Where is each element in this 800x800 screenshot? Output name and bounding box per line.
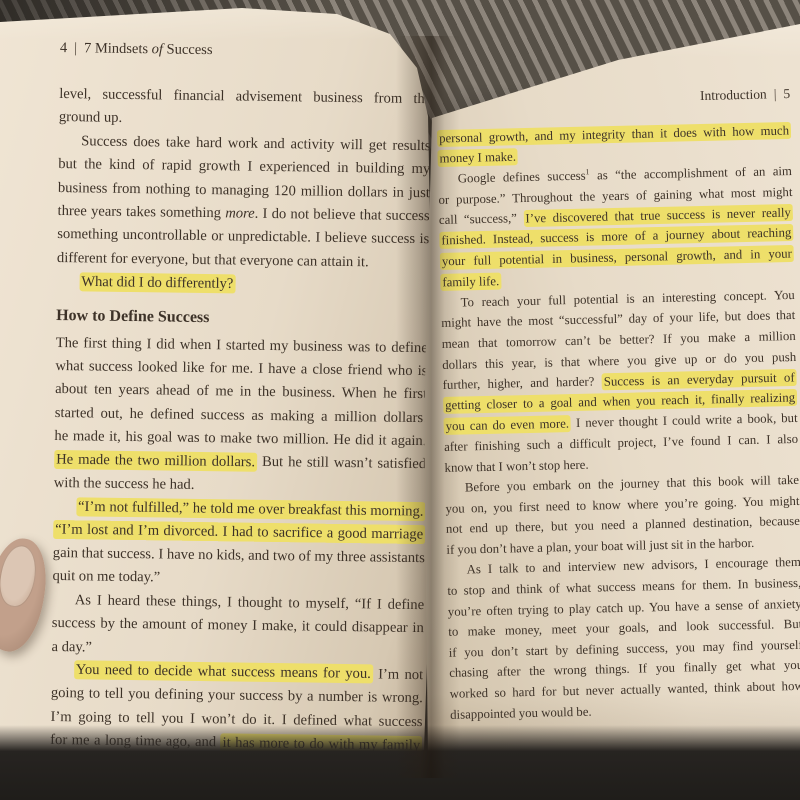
highlighted-text: you can do even more. xyxy=(443,415,571,435)
highlighted-text: You need to decide what success means fo… xyxy=(74,661,373,684)
left-page-body: level, successful financial advisement b… xyxy=(50,83,431,758)
header-divider: | xyxy=(774,86,777,101)
left-page-header: 4|7 Mindsets of Success xyxy=(60,40,432,62)
right-page: Introduction|5 personal growth, and my i… xyxy=(418,18,800,786)
carpet-bottom-edge xyxy=(0,725,800,800)
highlighted-text: “I’m not fulfilled,” he told me over bre… xyxy=(76,497,426,521)
right-page-text: Introduction|5 personal growth, and my i… xyxy=(436,86,800,725)
left-page-text: 4|7 Mindsets of Success level, successfu… xyxy=(50,40,432,758)
highlighted-text: family life. xyxy=(440,272,501,290)
highlighted-text: Success is an everyday pursuit of xyxy=(602,369,797,390)
text-line: What did I do differently? xyxy=(56,270,428,299)
left-page: 4|7 Mindsets of Success level, successfu… xyxy=(0,6,440,794)
section-heading: How to Define Success xyxy=(56,302,428,333)
left-page-number: 4 xyxy=(60,40,67,56)
thumb-nail xyxy=(0,542,40,609)
right-page-number: 5 xyxy=(783,86,790,101)
header-divider: | xyxy=(74,40,77,56)
highlighted-text: He made the two million dollars. xyxy=(54,450,257,472)
highlighted-text: What did I do differently? xyxy=(79,272,235,293)
right-page-body: personal growth, and my integrity than i… xyxy=(437,120,800,725)
book-photo-scene: 4|7 Mindsets of Success level, successfu… xyxy=(0,0,800,800)
book-title: 7 Mindsets of Success xyxy=(84,40,213,58)
highlighted-text: money I make. xyxy=(437,148,518,167)
chapter-title: Introduction xyxy=(700,87,767,104)
